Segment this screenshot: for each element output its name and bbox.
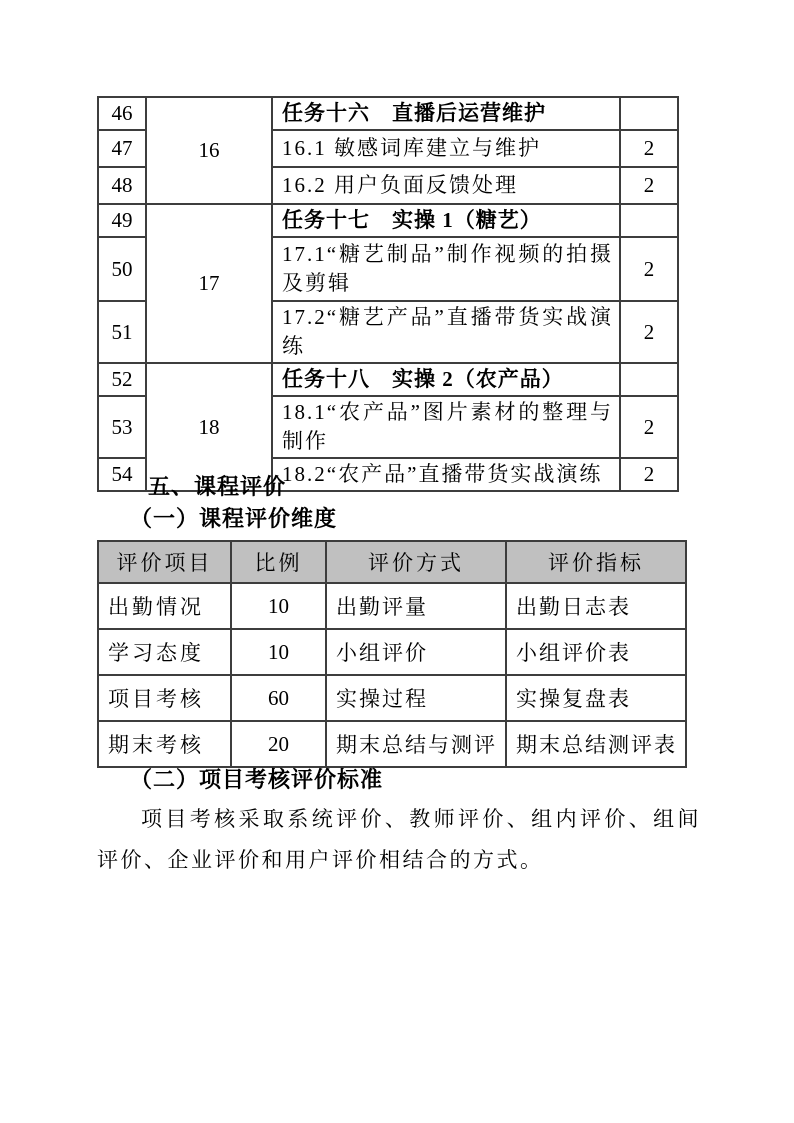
evaluation-dimensions-table: 评价项目 比例 评价方式 评价指标 出勤情况 10 出勤评量 出勤日志表 学习态… xyxy=(97,540,687,768)
cell-task-content: 16.1 敏感词库建立与维护 xyxy=(272,130,620,167)
cell-task-content: 17.1“糖艺制品”制作视频的拍摄及剪辑 xyxy=(272,237,620,301)
column-header-indicator: 评价指标 xyxy=(506,541,686,583)
cell-task-title: 任务十八 实操 2（农产品） xyxy=(272,363,620,396)
table-row: 46 16 任务十六 直播后运营维护 xyxy=(98,97,678,130)
cell-eval-item: 学习态度 xyxy=(98,629,231,675)
cell-eval-indicator: 期末总结测评表 xyxy=(506,721,686,767)
subsection-heading-project-assessment-criteria: （二）项目考核评价标准 xyxy=(97,763,750,794)
cell-row-no: 52 xyxy=(98,363,146,396)
table-row: 52 18 任务十八 实操 2（农产品） xyxy=(98,363,678,396)
cell-task-content: 18.1“农产品”图片素材的整理与制作 xyxy=(272,396,620,458)
cell-eval-method: 实操过程 xyxy=(326,675,506,721)
cell-eval-ratio: 10 xyxy=(231,629,326,675)
section-heading-course-evaluation: 五、课程评价 xyxy=(97,470,768,501)
subsection-heading-evaluation-dimensions: （一）课程评价维度 xyxy=(97,502,750,533)
cell-task-content: 17.2“糖艺产品”直播带货实战演练 xyxy=(272,301,620,363)
cell-eval-ratio: 20 xyxy=(231,721,326,767)
cell-hours: 2 xyxy=(620,237,678,301)
cell-hours: 2 xyxy=(620,130,678,167)
cell-eval-method: 出勤评量 xyxy=(326,583,506,629)
cell-hours: 2 xyxy=(620,167,678,204)
cell-row-no: 48 xyxy=(98,167,146,204)
cell-eval-item: 出勤情况 xyxy=(98,583,231,629)
cell-row-no: 50 xyxy=(98,237,146,301)
document-page: 46 16 任务十六 直播后运营维护 47 16.1 敏感词库建立与维护 2 4… xyxy=(0,0,794,1123)
cell-hours xyxy=(620,204,678,237)
cell-eval-item: 期末考核 xyxy=(98,721,231,767)
cell-eval-indicator: 出勤日志表 xyxy=(506,583,686,629)
cell-task-no: 16 xyxy=(146,97,272,204)
cell-eval-method: 小组评价 xyxy=(326,629,506,675)
table-row: 49 17 任务十七 实操 1（糖艺） xyxy=(98,204,678,237)
cell-hours xyxy=(620,97,678,130)
column-header-ratio: 比例 xyxy=(231,541,326,583)
cell-row-no: 51 xyxy=(98,301,146,363)
cell-hours: 2 xyxy=(620,396,678,458)
cell-row-no: 47 xyxy=(98,130,146,167)
cell-eval-indicator: 实操复盘表 xyxy=(506,675,686,721)
cell-row-no: 53 xyxy=(98,396,146,458)
column-header-item: 评价项目 xyxy=(98,541,231,583)
cell-task-content: 16.2 用户负面反馈处理 xyxy=(272,167,620,204)
column-header-method: 评价方式 xyxy=(326,541,506,583)
table-row: 学习态度 10 小组评价 小组评价表 xyxy=(98,629,686,675)
cell-hours: 2 xyxy=(620,301,678,363)
cell-hours xyxy=(620,363,678,396)
cell-eval-indicator: 小组评价表 xyxy=(506,629,686,675)
course-schedule-table: 46 16 任务十六 直播后运营维护 47 16.1 敏感词库建立与维护 2 4… xyxy=(97,96,679,492)
cell-task-title: 任务十六 直播后运营维护 xyxy=(272,97,620,130)
cell-eval-ratio: 10 xyxy=(231,583,326,629)
cell-eval-ratio: 60 xyxy=(231,675,326,721)
table-row: 期末考核 20 期末总结与测评 期末总结测评表 xyxy=(98,721,686,767)
table-header-row: 评价项目 比例 评价方式 评价指标 xyxy=(98,541,686,583)
cell-task-title: 任务十七 实操 1（糖艺） xyxy=(272,204,620,237)
table-row: 项目考核 60 实操过程 实操复盘表 xyxy=(98,675,686,721)
table-row: 出勤情况 10 出勤评量 出勤日志表 xyxy=(98,583,686,629)
cell-row-no: 46 xyxy=(98,97,146,130)
cell-task-no: 17 xyxy=(146,204,272,363)
body-paragraph: 项目考核采取系统评价、教师评价、组内评价、组间评价、企业评价和用户评价相结合的方… xyxy=(97,799,701,881)
cell-eval-item: 项目考核 xyxy=(98,675,231,721)
cell-row-no: 49 xyxy=(98,204,146,237)
cell-eval-method: 期末总结与测评 xyxy=(326,721,506,767)
